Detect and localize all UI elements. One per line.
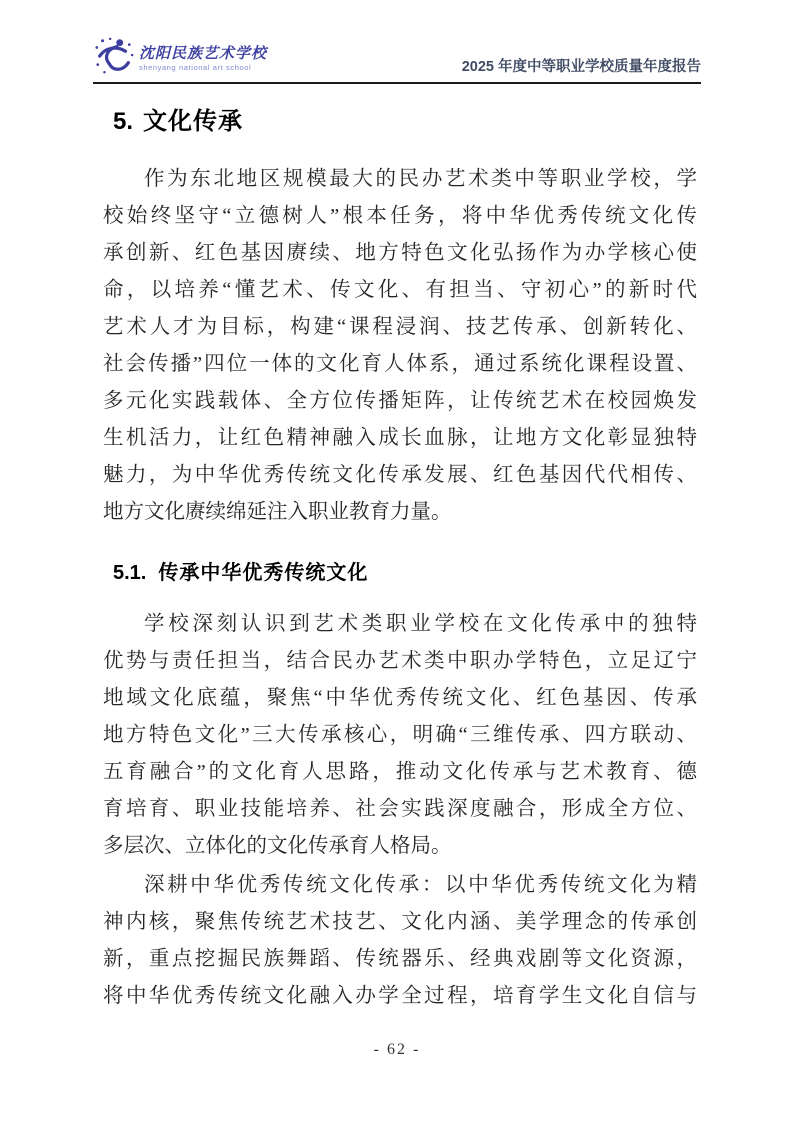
- section-number: 5.: [113, 108, 133, 135]
- page-header: 沈阳民族艺术学校 shenyang national art school 20…: [93, 28, 701, 84]
- paragraph-line: 深耕中华优秀传统文化传承：以中华优秀传统文化为精: [103, 867, 697, 904]
- paragraph-line: 多元化实践载体、全方位传播矩阵，让传统艺术在校园焕发: [103, 383, 697, 420]
- paragraph-line: 命，以培养“懂艺术、传文化、有担当、守初心”的新时代: [103, 272, 697, 309]
- paragraph-line: 五育融合”的文化育人思路，推动文化传承与艺术教育、德: [103, 754, 697, 791]
- paragraph-line: 多层次、立体化的文化传承育人格局。: [103, 828, 697, 865]
- paragraph-line: 将中华优秀传统文化融入办学全过程，培育学生文化自信与: [103, 978, 697, 1015]
- page-footer: - 62 -: [0, 1041, 794, 1059]
- school-logo: 沈阳民族艺术学校 shenyang national art school: [93, 36, 267, 78]
- paragraph-line: 校始终坚守“立德树人”根本任务，将中华优秀传统文化传: [103, 198, 697, 235]
- paragraph-line: 神内核，聚焦传统艺术技艺、文化内涵、美学理念的传承创: [103, 904, 697, 941]
- paragraph-line: 作为东北地区规模最大的民办艺术类中等职业学校，学: [103, 161, 697, 198]
- paragraph-line: 育培育、职业技能培养、社会实践深度融合，形成全方位、: [103, 791, 697, 828]
- paragraph-line: 学校深刻认识到艺术类职业学校在文化传承中的独特: [103, 606, 697, 643]
- paragraph: 学校深刻认识到艺术类职业学校在文化传承中的独特优势与责任担当，结合民办艺术类中职…: [103, 606, 697, 865]
- paragraph-line: 地方特色文化”三大传承核心，明确“三维传承、四方联动、: [103, 717, 697, 754]
- school-name-chinese: 沈阳民族艺术学校: [139, 46, 267, 63]
- paragraph-line: 魅力，为中华优秀传统文化传承发展、红色基因代代相传、: [103, 457, 697, 494]
- school-name-english: shenyang national art school: [139, 63, 267, 72]
- paragraph-line: 地方文化赓续绵延注入职业教育力量。: [103, 494, 697, 531]
- subsection-title: 传承中华优秀传统文化: [158, 562, 368, 584]
- document-page: 沈阳民族艺术学校 shenyang national art school 20…: [0, 0, 794, 1123]
- paragraph: 深耕中华优秀传统文化传承：以中华优秀传统文化为精神内核，聚焦传统艺术技艺、文化内…: [103, 867, 697, 1015]
- paragraph-line: 生机活力，让红色精神融入成长血脉，让地方文化彰显独特: [103, 420, 697, 457]
- paragraph-line: 艺术人才为目标，构建“课程浸润、技艺传承、创新转化、: [103, 309, 697, 346]
- paragraph-line: 地域文化底蕴，聚焦“中华优秀传统文化、红色基因、传承: [103, 680, 697, 717]
- logo-text: 沈阳民族艺术学校 shenyang national art school: [139, 36, 267, 72]
- paragraph-line: 承创新、红色基因赓续、地方特色文化弘扬作为办学核心使: [103, 235, 697, 272]
- subsection-heading: 5.1.传承中华优秀传统文化: [113, 556, 368, 585]
- dancer-logo-icon: [93, 36, 135, 78]
- subsection-number: 5.1.: [113, 562, 146, 584]
- report-title: 2025 年度中等职业学校质量年度报告: [462, 55, 701, 78]
- paragraph-line: 新，重点挖掘民族舞蹈、传统器乐、经典戏剧等文化资源，: [103, 941, 697, 978]
- section-heading: 5.文化传承: [113, 101, 243, 136]
- section-title: 文化传承: [143, 108, 243, 135]
- paragraph-line: 社会传播”四位一体的文化育人体系，通过系统化课程设置、: [103, 346, 697, 383]
- paragraph-line: 优势与责任担当，结合民办艺术类中职办学特色，立足辽宁: [103, 643, 697, 680]
- paragraph: 作为东北地区规模最大的民办艺术类中等职业学校，学校始终坚守“立德树人”根本任务，…: [103, 161, 697, 531]
- page-number: - 62 -: [374, 1041, 421, 1058]
